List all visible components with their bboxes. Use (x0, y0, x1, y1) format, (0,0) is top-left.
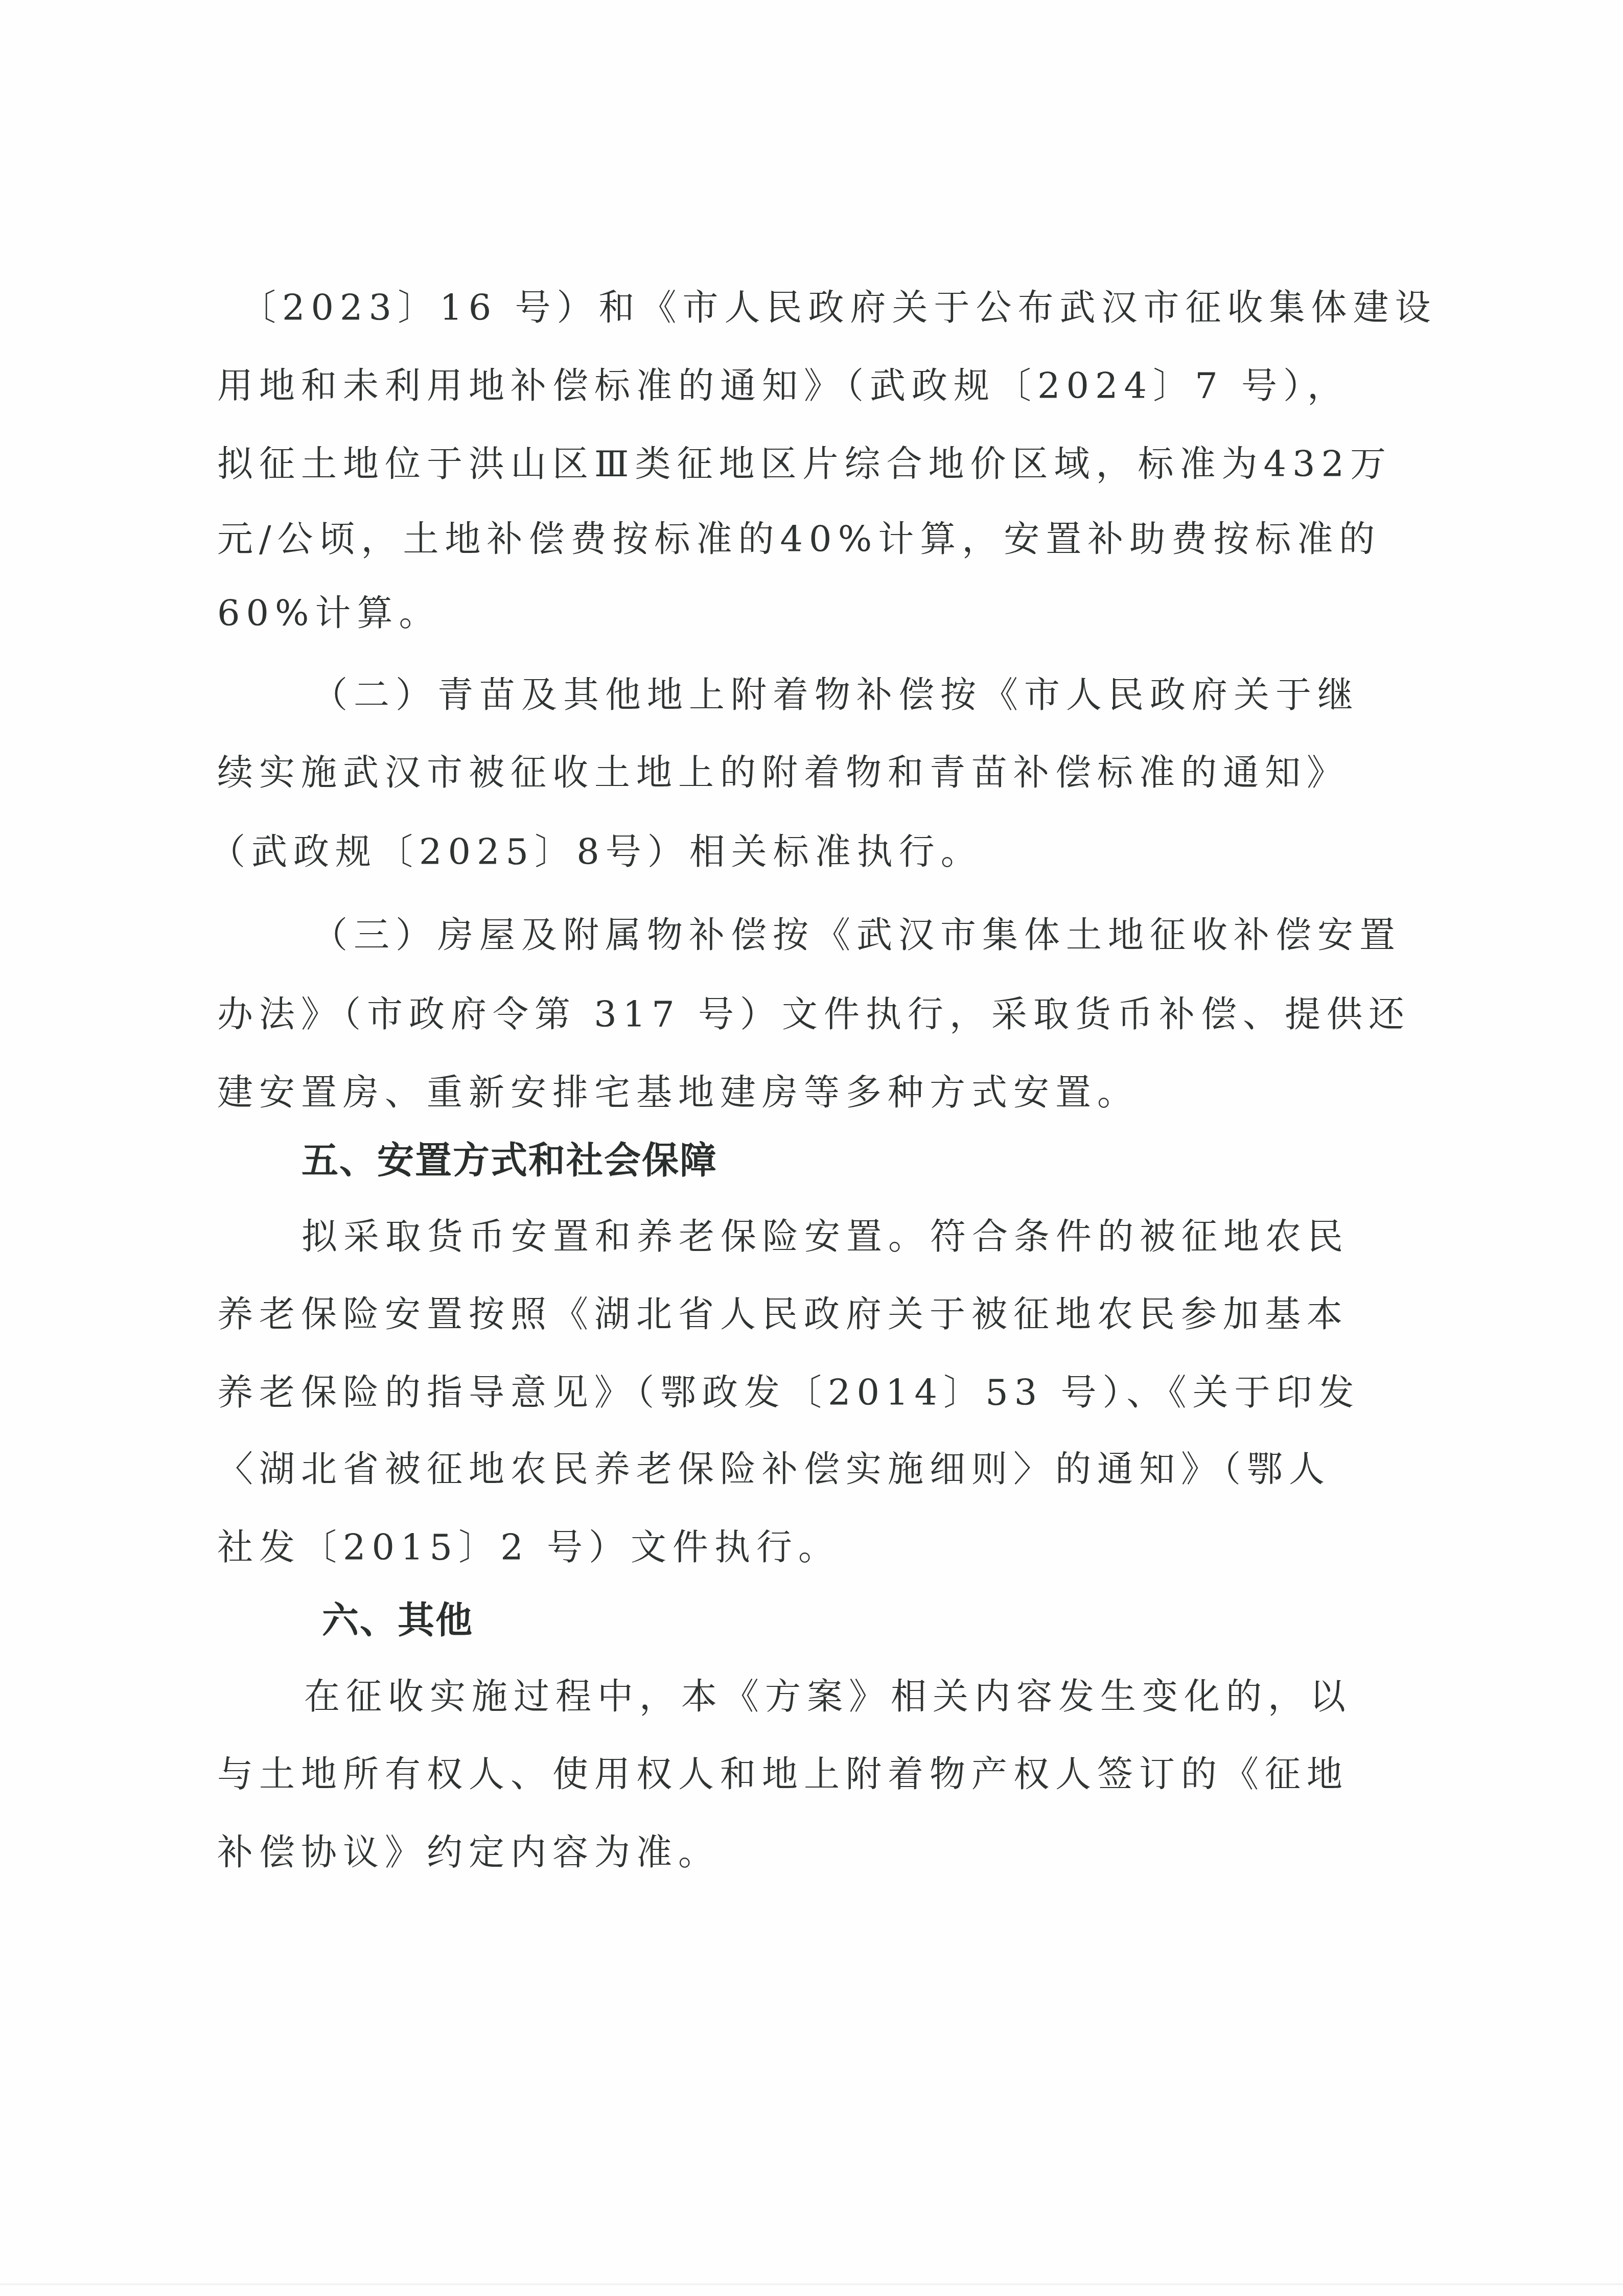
body-line: 60%计算。 (217, 588, 441, 639)
item-3-line: 建安置房、重新安排宅基地建房等多种方式安置。 (217, 1067, 1139, 1118)
body-line: 〔2023〕16 号）和《市人民政府关于公布武汉市征收集体建设 (240, 282, 1436, 333)
document-page: 〔2023〕16 号）和《市人民政府关于公布武汉市征收集体建设 用地和未利用地补… (0, 0, 1623, 2296)
item-3-line: （三）房屋及附属物补偿按《武汉市集体土地征收补偿安置 (312, 910, 1401, 961)
section-5-line: 〈湖北省被征地农民养老保险补偿实施细则〉的通知》（鄂人 (217, 1444, 1331, 1495)
section-5-line: 养老保险的指导意见》（鄂政发〔2014〕53 号）、《关于印发 (217, 1367, 1360, 1418)
section-5-line: 养老保险安置按照《湖北省人民政府关于被征地农民参加基本 (217, 1289, 1349, 1340)
body-line: 元/公顷，土地补偿费按标准的40%计算，安置补助费按标准的 (217, 514, 1381, 565)
section-6-line: 补偿协议》约定内容为准。 (217, 1827, 720, 1878)
item-2-line: （二）青苗及其他地上附着物补偿按《市人民政府关于继 (312, 669, 1359, 721)
section-5-line: 拟采取货币安置和养老保险安置。符合条件的被征地农民 (302, 1211, 1349, 1262)
body-line: 拟征土地位于洪山区Ⅲ类征地区片综合地价区域，标准为432万 (217, 438, 1392, 490)
item-2-line: 续实施武汉市被征收土地上的附着物和青苗补偿标准的通知》 (217, 747, 1349, 798)
item-3-line: 办法》（市政府令第 317 号）文件执行，采取货币补偿、提供还 (217, 989, 1410, 1040)
section-5-line: 社发〔2015〕2 号）文件执行。 (217, 1522, 840, 1573)
scan-edge-artifact (0, 2283, 1623, 2285)
item-2-line: （武政规〔2025〕8号）相关标准执行。 (210, 826, 983, 877)
body-line: 用地和未利用地补偿标准的通知》（武政规〔2024〕7 号）， (217, 360, 1349, 411)
section-5-heading: 五、安置方式和社会保障 (302, 1134, 717, 1186)
section-6-heading: 六、其他 (322, 1594, 473, 1645)
section-6-line: 在征收实施过程中，本《方案》相关内容发生变化的，以 (304, 1671, 1352, 1722)
section-6-line: 与土地所有权人、使用权人和地上附着物产权人签订的《征地 (217, 1749, 1349, 1800)
